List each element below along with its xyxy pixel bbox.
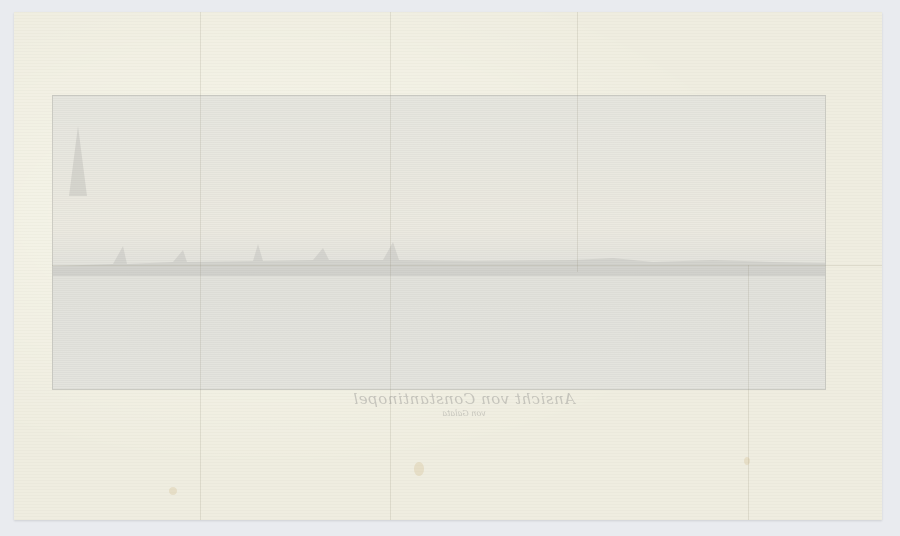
caption-title: Ansicht von Constantinopel — [344, 390, 584, 408]
fold-line — [52, 265, 882, 266]
fold-line — [577, 12, 578, 272]
tower-left-icon — [63, 126, 93, 216]
foxing-stain — [744, 457, 750, 465]
fold-line — [748, 265, 749, 520]
caption-subtitle: von Galata — [344, 409, 584, 418]
foxing-stain — [169, 487, 177, 495]
foxing-stain — [414, 462, 424, 476]
city-skyline-bleedthrough — [53, 236, 825, 276]
paper-sheet: Ansicht von Constantinopel von Galata — [14, 12, 882, 520]
engraved-plate-area — [52, 95, 826, 390]
mirrored-caption: Ansicht von Constantinopel von Galata — [344, 390, 584, 418]
fold-line — [200, 12, 201, 520]
fold-line — [390, 12, 391, 520]
